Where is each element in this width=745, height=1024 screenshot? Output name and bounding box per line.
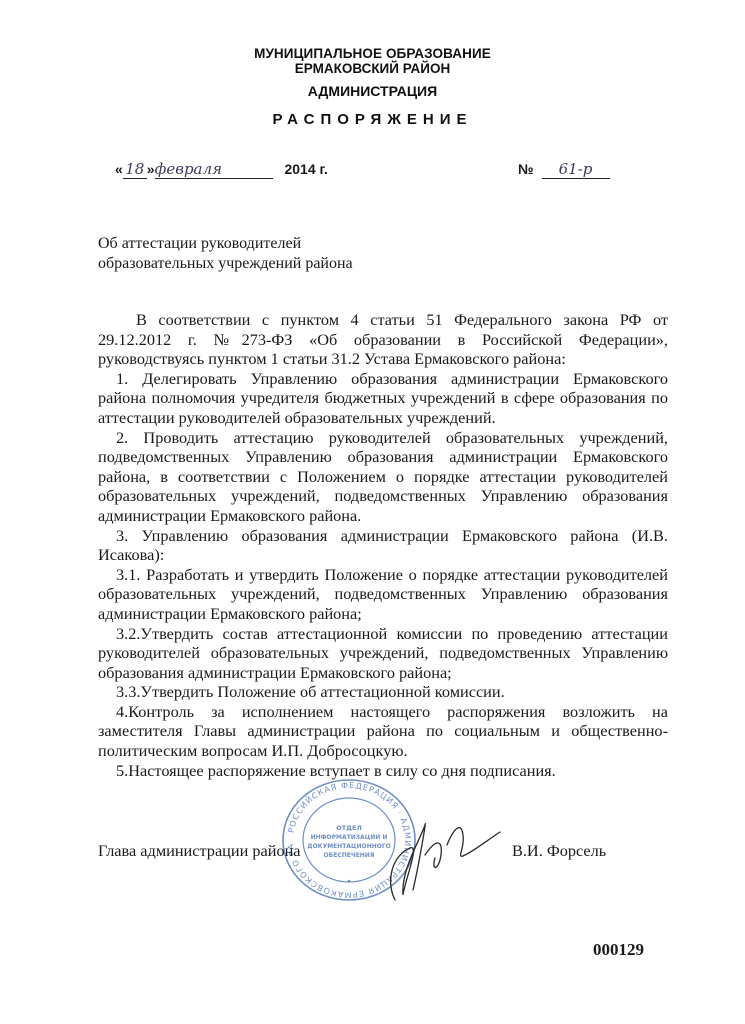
header-district: ЕРМАКОВСКИЙ РАЙОН [0,61,745,76]
svg-text:ОТДЕЛ: ОТДЕЛ [336,824,362,832]
date-day: 18 [123,160,147,179]
date-line: «18»февраля 2014 г. [115,160,328,179]
signatory-position: Глава администрации района [98,841,301,861]
date-year: 2014 г. [284,161,327,177]
item-3: 3. Управлению образования администрации … [98,526,668,565]
date-open-quote: « [115,161,123,177]
date-close-quote: » [147,161,155,177]
document-title: Об аттестации руководителей образователь… [98,234,353,273]
signatory-name: В.И. Форсель [512,841,606,861]
title-line-1: Об аттестации руководителей [98,234,353,254]
item-3-2: 3.2.Утвердить состав аттестационной коми… [98,624,668,683]
item-2: 2. Проводить аттестацию руководителей об… [98,428,668,526]
item-3-1: 3.1. Разработать и утвердить Положение о… [98,565,668,624]
number-label: № [518,161,534,177]
item-1: 1. Делегировать Управлению образования а… [98,369,668,428]
header-administration: АДМИНИСТРАЦИЯ [0,83,745,99]
number-value: 61-р [542,160,610,179]
handwritten-signature-icon [365,800,505,910]
item-4: 4.Контроль за исполнением настоящего рас… [98,702,668,761]
document-serial-number: 000129 [593,940,644,960]
header-municipality: МУНИЦИПАЛЬНОЕ ОБРАЗОВАНИЕ [0,46,745,61]
preamble: В соответствии с пунктом 4 статьи 51 Фед… [98,310,668,369]
title-line-2: образовательных учреждений района [98,254,353,274]
document-body: В соответствии с пунктом 4 статьи 51 Фед… [98,310,668,780]
document-number: № 61-р [518,160,610,179]
item-3-3: 3.3.Утвердить Положение об аттестационно… [98,682,668,702]
document-type: РАСПОРЯЖЕНИЕ [0,111,745,128]
date-month: февраля [155,160,273,179]
